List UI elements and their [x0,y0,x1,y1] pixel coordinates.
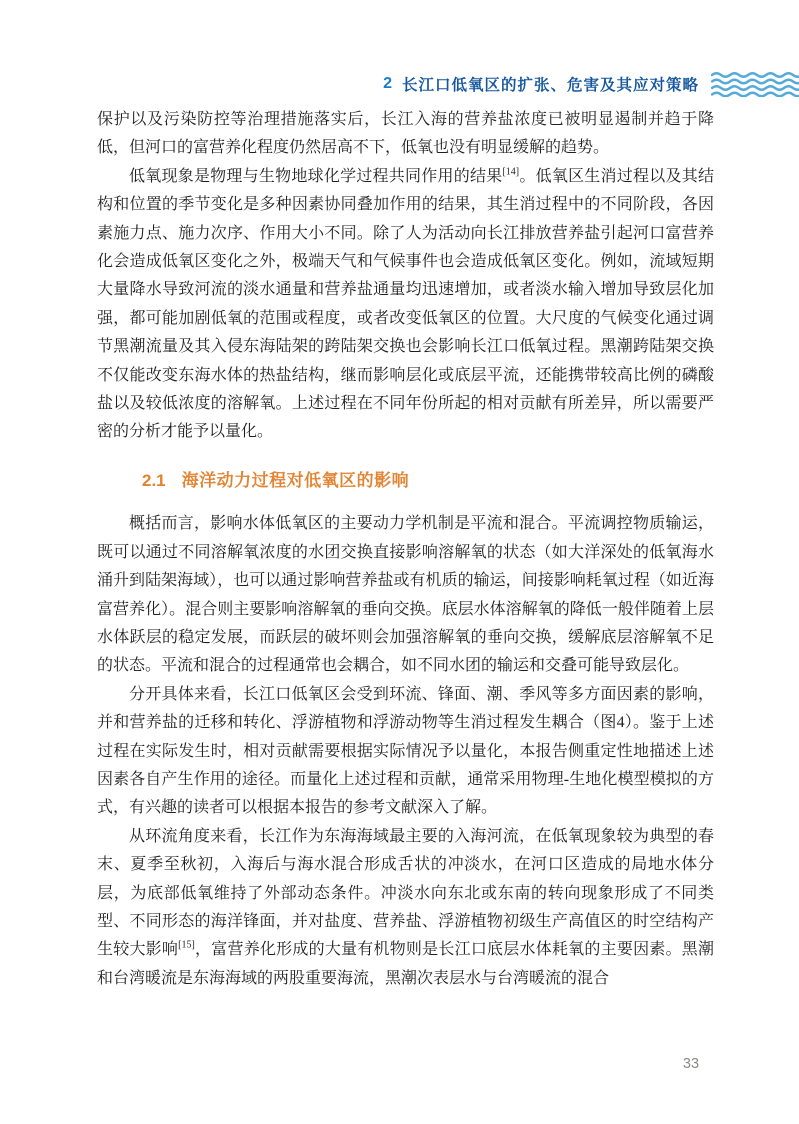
paragraph-text: 低氧现象是物理与生物地球化学过程共同作用的结果 [129,168,502,185]
section-title: 海洋动力过程对低氧区的影响 [182,471,410,490]
chapter-number: 2 [383,75,392,93]
paragraph-text: 概括而言，影响水体低氧区的主要动力学机制是平流和混合。平流调控物质输运，既可以通… [97,515,714,674]
document-page: 2 长江口低氧区的扩张、危害及其应对策略 保护以及污染防控等治理措施落实后，长江… [0,0,799,1124]
citation-ref-15: [15] [178,940,195,951]
section-number: 2.1 [142,471,166,490]
paragraph: 从环流角度来看，长江作为东海海域最主要的入海河流，在低氧现象较为典型的春末、夏季… [97,823,714,993]
paragraph-text: 从环流角度来看，长江作为东海海域最主要的入海河流，在低氧现象较为典型的春末、夏季… [97,828,714,959]
body-text: 保护以及污染防控等治理措施落实后，长江入海的营养盐浓度已被明显遏制并趋于降低，但… [97,106,714,993]
running-head: 2 长江口低氧区的扩张、危害及其应对策略 [0,70,799,98]
page-number: 33 [676,1056,706,1072]
paragraph-text: 保护以及污染防控等治理措施落实后，长江入海的营养盐浓度已被明显遏制并趋于降低，但… [97,111,714,156]
paragraph: 低氧现象是物理与生物地球化学过程共同作用的结果[14]。低氧区生消过程以及其结构… [97,163,714,447]
paragraph: 分开具体来看，长江口低氧区会受到环流、锋面、潮、季风等多方面因素的影响，并和营养… [97,681,714,823]
paragraph: 概括而言，影响水体低氧区的主要动力学机制是平流和混合。平流调控物质输运，既可以通… [97,510,714,680]
paragraph-text: 。低氧区生消过程以及其结构和位置的季节变化是多种因素协同叠加作用的结果，其生消过… [97,168,714,441]
section-heading: 2.1海洋动力过程对低氧区的影响 [97,467,714,495]
citation-ref-14: [14] [502,166,519,177]
waves-icon [711,71,799,97]
paragraph-text: 分开具体来看，长江口低氧区会受到环流、锋面、潮、季风等多方面因素的影响，并和营养… [97,686,714,817]
paragraph-continuation: 保护以及污染防控等治理措施落实后，长江入海的营养盐浓度已被明显遏制并趋于降低，但… [97,106,714,163]
chapter-title: 长江口低氧区的扩张、危害及其应对策略 [402,73,699,95]
